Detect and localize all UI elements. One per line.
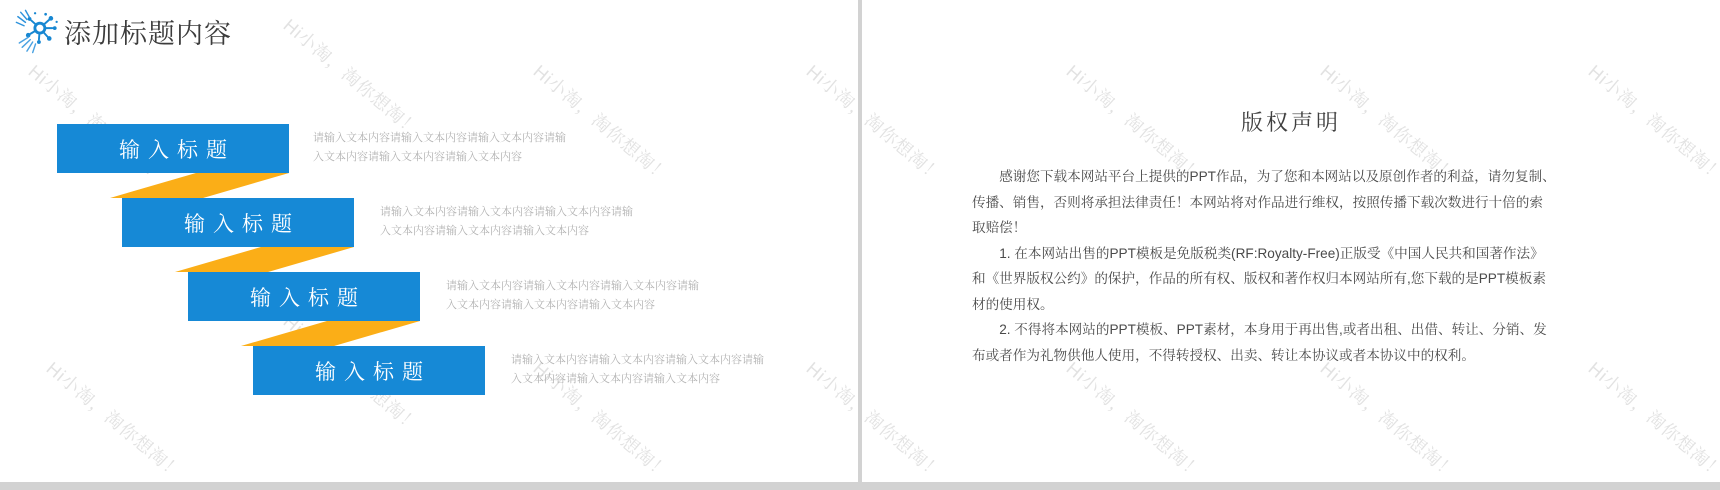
copyright-paragraph-2: 1. 在本网站出售的PPT模板是免版税类(RF:Royalty-Free)正版受…	[972, 241, 1592, 318]
slide-right[interactable]: 版权声明 感谢您下载本网站平台上提供的PPT作品，为了您和本网站以及原创作者的利…	[862, 0, 1720, 482]
slide-left-title: 添加标题内容	[64, 12, 232, 51]
step-description-3: 请输入文本内容请输入文本内容请输入文本内容请输 入文本内容请输入文本内容请输入文…	[446, 277, 699, 315]
step-title-label: 输入标题	[176, 208, 300, 238]
ribbon-connector	[175, 247, 354, 272]
slides-preview-canvas: Hi小淘，淘你想淘！Hi小淘，淘你想淘！Hi小淘，淘你想淘！Hi小淘，淘你想淘！…	[0, 0, 1720, 490]
step-description-1: 请输入文本内容请输入文本内容请输入文本内容请输 入文本内容请输入文本内容请输入文…	[313, 129, 566, 167]
ribbon-connector	[110, 173, 289, 198]
copyright-title: 版权声明	[862, 106, 1720, 137]
step-title-label: 输入标题	[111, 134, 235, 164]
firework-logo-icon	[14, 8, 60, 54]
slide-left[interactable]: 添加标题内容 输入标题 输入标题 输入标题 输入标题 请输入文本内容请输入文本内…	[0, 0, 858, 482]
step-title-box-2: 输入标题	[122, 198, 354, 247]
copyright-body: 感谢您下载本网站平台上提供的PPT作品，为了您和本网站以及原创作者的利益，请勿复…	[972, 164, 1592, 368]
step-description-2: 请输入文本内容请输入文本内容请输入文本内容请输 入文本内容请输入文本内容请输入文…	[380, 203, 633, 241]
step-title-label: 输入标题	[242, 282, 366, 312]
copyright-paragraph-3: 2. 不得将本网站的PPT模板、PPT素材，本身用于再出售,或者出租、出借、转让…	[972, 317, 1592, 368]
slide-gap-divider	[858, 0, 862, 490]
step-title-box-4: 输入标题	[253, 346, 485, 395]
step-title-box-3: 输入标题	[188, 272, 420, 321]
ribbon-connector	[241, 321, 420, 346]
step-description-4: 请输入文本内容请输入文本内容请输入文本内容请输 入文本内容请输入文本内容请输入文…	[511, 351, 764, 389]
copyright-paragraph-1: 感谢您下载本网站平台上提供的PPT作品，为了您和本网站以及原创作者的利益，请勿复…	[972, 164, 1592, 241]
step-title-box-1: 输入标题	[57, 124, 289, 173]
page-bottom-strip	[0, 482, 1720, 490]
step-title-label: 输入标题	[307, 356, 431, 386]
slide-left-header: 添加标题内容	[14, 8, 232, 54]
